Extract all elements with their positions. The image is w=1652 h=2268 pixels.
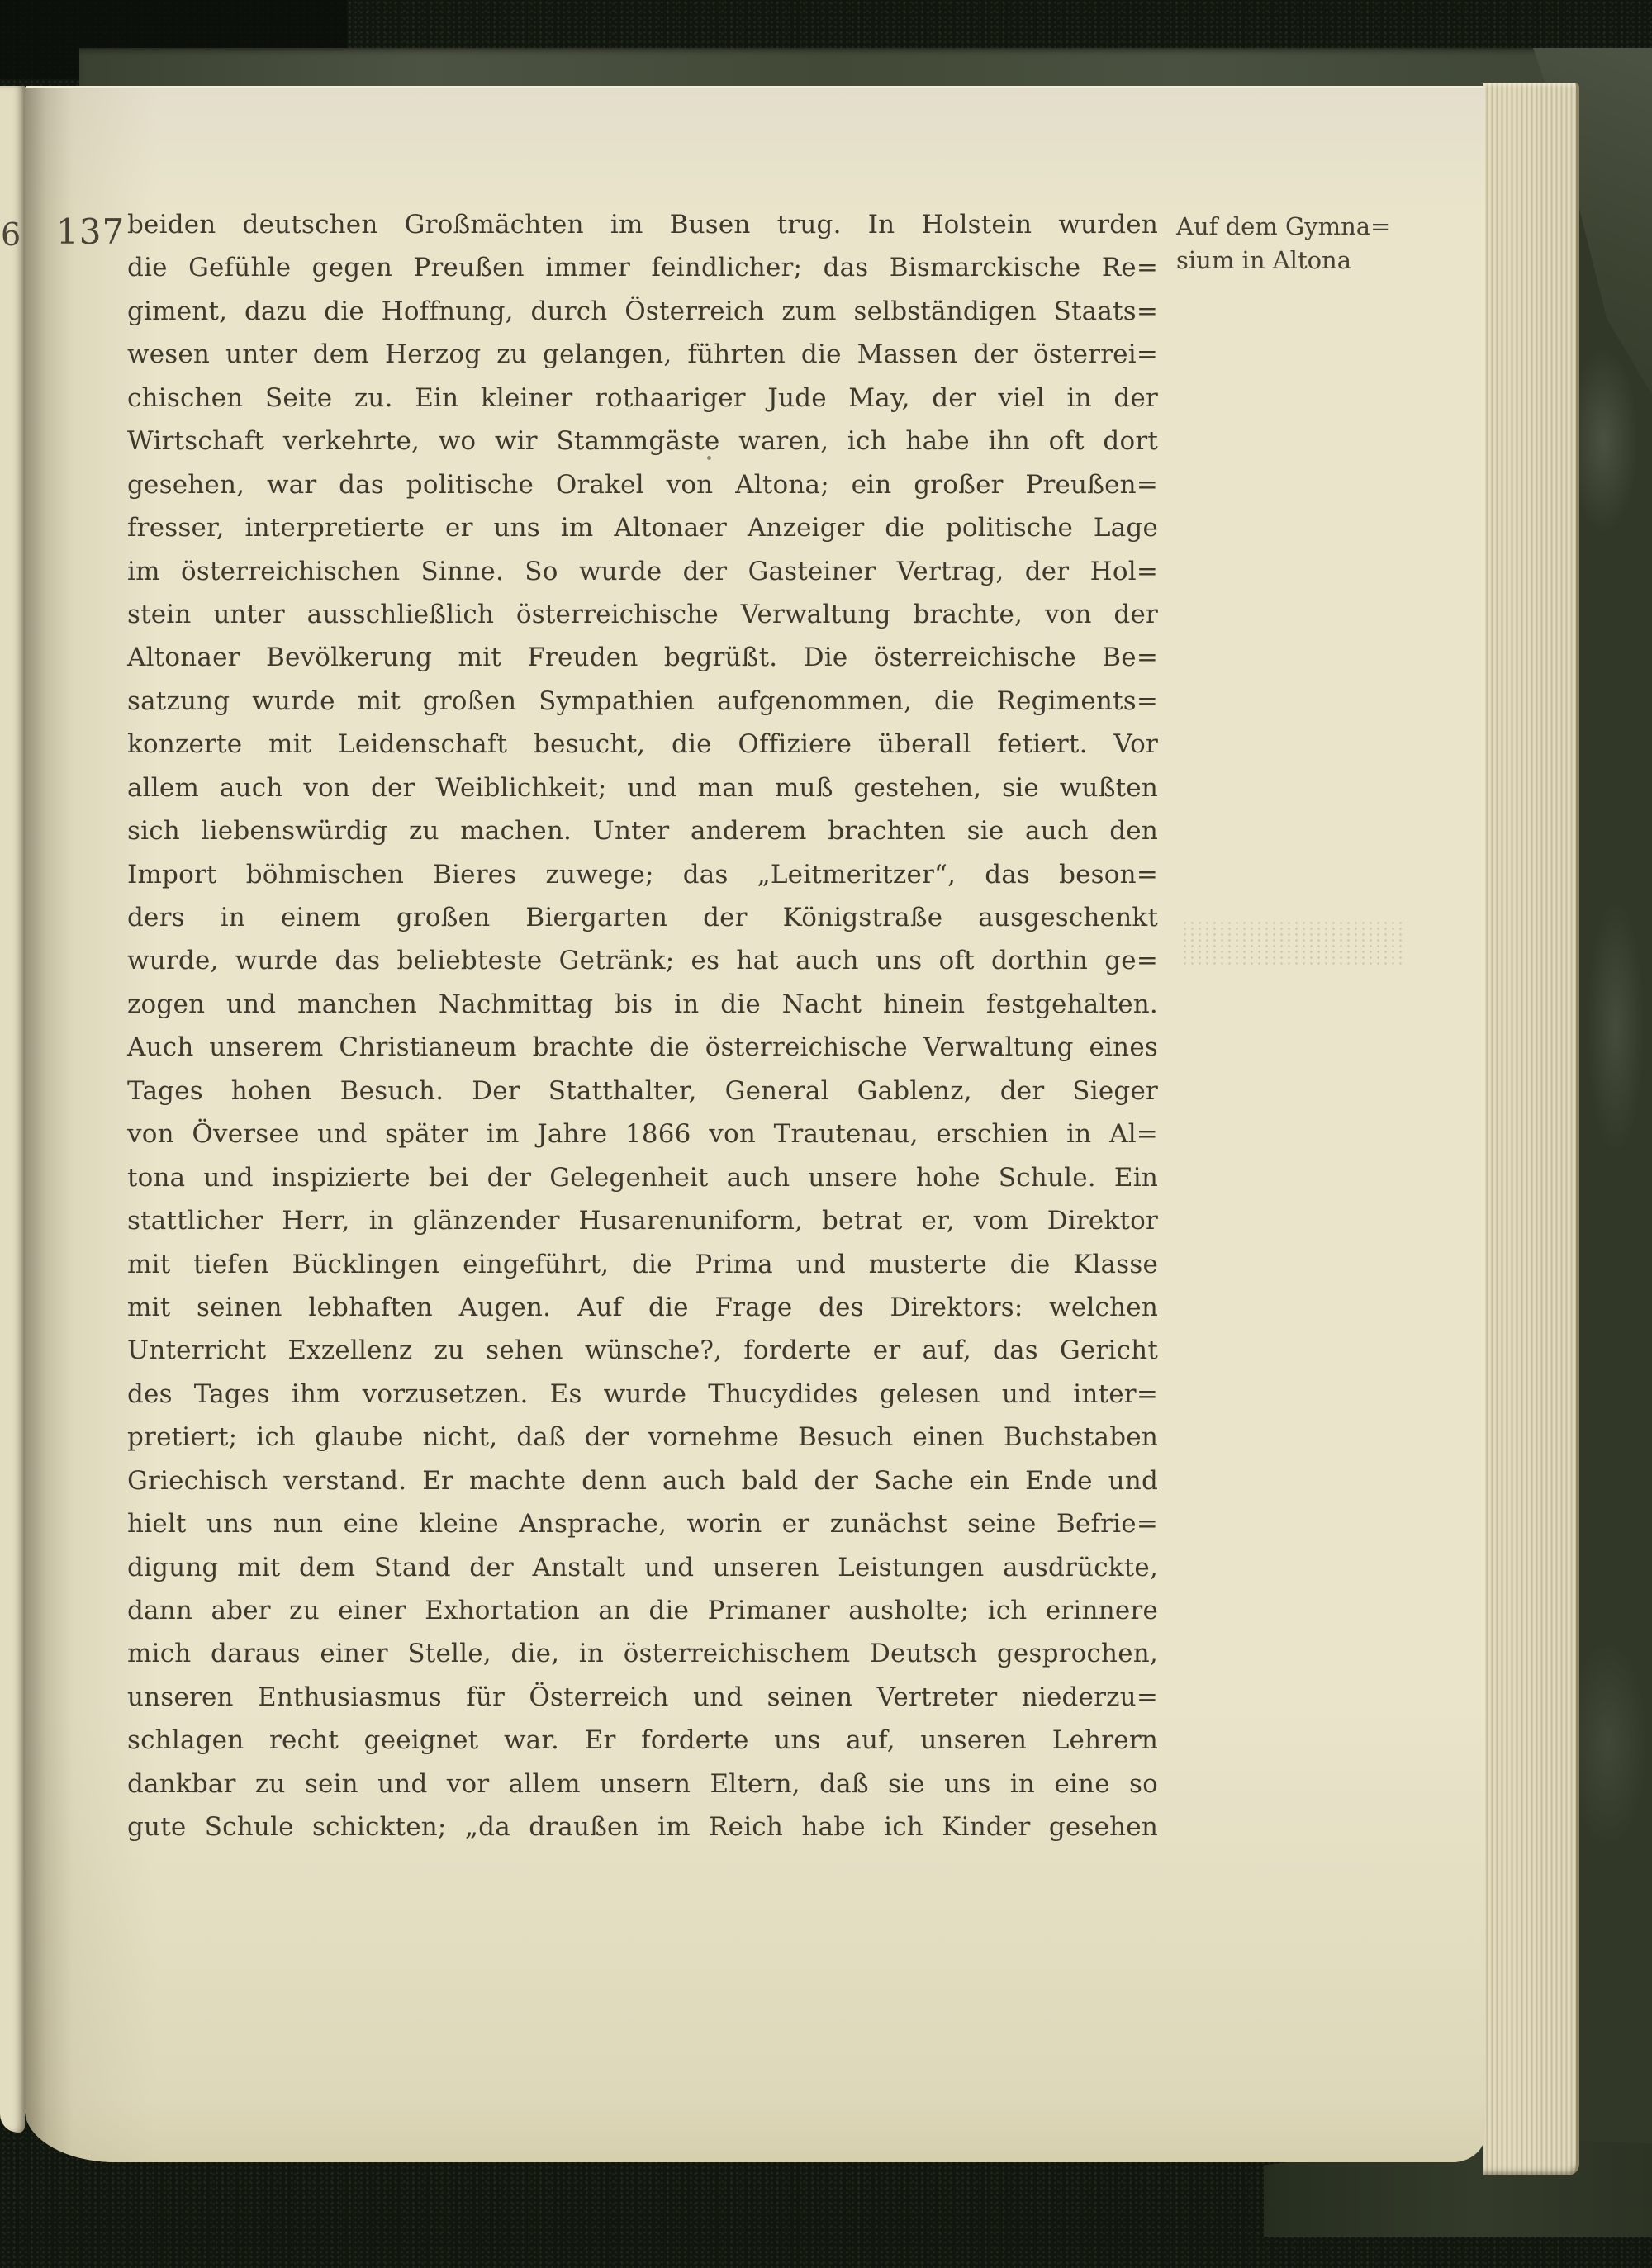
facing-page-number-fragment: 6: [1, 216, 21, 253]
text-line: Wirtschaft verkehrte, wo wir Stammgäste …: [127, 420, 1158, 463]
text-line: gute Schule schickten; „da draußen im Re…: [127, 1805, 1158, 1848]
text-line: Tages hohen Besuch. Der Statthalter, Gen…: [127, 1070, 1158, 1113]
print-offset-speckles: [1181, 920, 1404, 966]
text-line: sich liebenswürdig zu machen. Unter ande…: [127, 809, 1158, 852]
text-line: chischen Seite zu. Ein kleiner rothaarig…: [127, 377, 1158, 420]
text-line: tona und inspizierte bei der Gelegenheit…: [127, 1156, 1158, 1199]
text-line: die Gefühle gegen Preußen immer feindlic…: [127, 246, 1158, 289]
book-scan: 6 137 beiden deutschen Großmächten im Bu…: [0, 0, 1652, 2268]
text-line: Griechisch verstand. Er machte denn auch…: [127, 1459, 1158, 1502]
text-line: allem auch von der Weiblichkeit; und man…: [127, 766, 1158, 809]
text-line: dann aber zu einer Exhortation an die Pr…: [127, 1589, 1158, 1632]
text-line: des Tages ihm vorzusetzen. Es wurde Thuc…: [127, 1373, 1158, 1416]
text-line: pretiert; ich glaube nicht, daß der vorn…: [127, 1416, 1158, 1459]
text-line: wurde, wurde das beliebteste Getränk; es…: [127, 939, 1158, 982]
text-line: hielt uns nun eine kleine Ansprache, wor…: [127, 1502, 1158, 1545]
text-line: Auch unserem Christianeum brachte die ös…: [127, 1026, 1158, 1069]
text-line: zogen und manchen Nachmittag bis in die …: [127, 983, 1158, 1026]
text-line: dankbar zu sein und vor allem unsern Elt…: [127, 1763, 1158, 1805]
text-line: Altonaer Bevölkerung mit Freuden begrüßt…: [127, 636, 1158, 679]
page-fore-edge-stack: [1483, 83, 1579, 2175]
page-number: 137: [56, 211, 125, 252]
text-line: stattlicher Herr, in glänzender Husarenu…: [127, 1199, 1158, 1242]
book-cover-right-edge: [1571, 50, 1652, 2222]
text-line: wesen unter dem Herzog zu gelangen, führ…: [127, 333, 1158, 376]
book-page: 137 beiden deutschen Großmächten im Buse…: [25, 86, 1485, 2162]
margin-note: Auf dem Gymna=sium in Altona: [1176, 210, 1449, 278]
text-line: mich daraus einer Stelle, die, in österr…: [127, 1632, 1158, 1675]
text-line: Unterricht Exzellenz zu sehen wünsche?, …: [127, 1329, 1158, 1372]
body-text: beiden deutschen Großmächten im Busen tr…: [127, 203, 1158, 1849]
text-line: schlagen recht geeignet war. Er forderte…: [127, 1719, 1158, 1762]
text-line: beiden deutschen Großmächten im Busen tr…: [127, 203, 1158, 246]
text-line: gesehen, war das politische Orakel von A…: [127, 463, 1158, 506]
text-line: mit tiefen Bücklingen eingeführt, die Pr…: [127, 1243, 1158, 1286]
text-line: giment, dazu die Hoffnung, durch Österre…: [127, 290, 1158, 333]
text-line: fresser, interpretierte er uns im Altona…: [127, 506, 1158, 549]
text-line: stein unter ausschließlich österreichisc…: [127, 593, 1158, 636]
text-line: satzung wurde mit großen Sympathien aufg…: [127, 680, 1158, 723]
text-line: Auf dem Gymna=: [1176, 210, 1449, 244]
text-line: unseren Enthusiasmus für Österreich und …: [127, 1676, 1158, 1719]
text-line: mit seinen lebhaften Augen. Auf die Frag…: [127, 1286, 1158, 1329]
text-line: digung mit dem Stand der Anstalt und uns…: [127, 1546, 1158, 1589]
text-line: von Översee und später im Jahre 1866 von…: [127, 1113, 1158, 1155]
text-line: ders in einem großen Biergarten der Köni…: [127, 896, 1158, 939]
text-line: Import böhmischen Bieres zuwege; das „Le…: [127, 853, 1158, 896]
text-line: konzerte mit Leidenschaft besucht, die O…: [127, 723, 1158, 766]
text-line: sium in Altona: [1176, 244, 1449, 278]
facing-page-edge: 6: [0, 86, 25, 2133]
text-line: im österreichischen Sinne. So wurde der …: [127, 550, 1158, 593]
ink-speck: [707, 456, 711, 460]
